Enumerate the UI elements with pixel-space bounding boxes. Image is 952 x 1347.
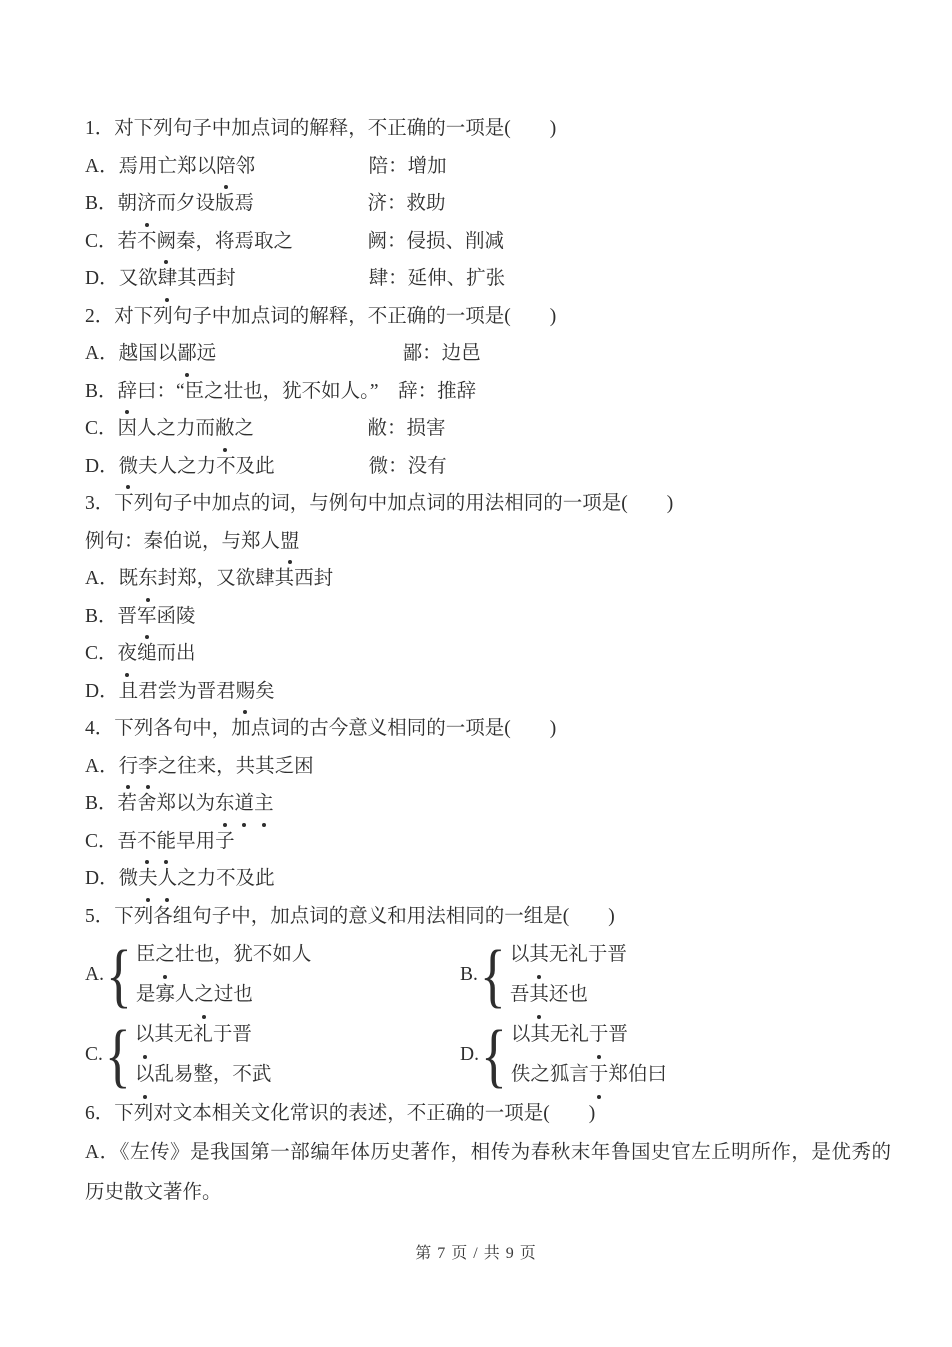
question-stem: 下列各组句子中，加点词的意义和用法相同的一组是( ): [114, 906, 615, 927]
text-run: 朝: [118, 193, 138, 214]
text-run: 若不: [118, 231, 157, 252]
question-block: 4．下列各句中，加点词的古今意义相同的一项是( )A．行李之往来，共其乏困B．若…: [85, 710, 892, 898]
option-row: A．行李之往来，共其乏困: [85, 748, 892, 786]
option-row: C．吾不能早用子: [85, 823, 892, 861]
option-gloss: 辞：推辞: [398, 381, 476, 402]
emphasized-char: 其: [529, 975, 549, 1015]
emphasized-char: 以: [135, 1055, 155, 1095]
option-label: A.: [85, 964, 104, 986]
emphasized-text: 于: [589, 1064, 609, 1085]
emphasized-char: 夫: [138, 860, 158, 898]
option-sentence: 佚之狐言于郑伯曰: [511, 1055, 667, 1095]
question-list: 1．对下列句子中加点词的解释，不正确的一项是( )A．焉用亡郑以陪邻陪：增加B．…: [85, 110, 892, 1213]
emphasized-text: 辞: [118, 381, 138, 402]
option-label: A．: [85, 756, 119, 777]
option-gloss: 济：救助: [368, 193, 446, 214]
option-pair-row: C.{以其无礼于晋以乱易整，不武D.{以其无礼于晋佚之狐言于郑伯曰: [85, 1015, 892, 1095]
question-number: 5．: [85, 906, 114, 927]
emphasized-char: 赐: [236, 673, 256, 711]
option-row: A．《左传》是我国第一部编年体历史著作，相传为春秋末年鲁国史官左丘明所作，是优秀…: [85, 1133, 891, 1173]
text-run: 过也: [214, 984, 253, 1005]
text-run: 臣: [136, 944, 156, 965]
emphasized-char: 以: [135, 1015, 155, 1055]
emphasized-char: 东: [215, 785, 235, 823]
option-row: B．晋军函陵: [85, 598, 892, 636]
question-stem-row: 4．下列各句中，加点词的古今意义相同的一项是( ): [85, 710, 892, 748]
option-sentence: 行李之往来，共其乏困: [119, 748, 314, 786]
option-text: 《左传》是我国第一部编年体历史著作，相传为春秋末年鲁国史官左丘明所作，是优秀的: [120, 1142, 891, 1163]
emphasized-char: 不: [137, 823, 157, 861]
emphasized-char: 行: [119, 748, 139, 786]
emphasized-text: 其: [529, 944, 549, 965]
text-run: 封郑，又欲肆其西封: [158, 568, 334, 589]
option-sentence: 因人之力而敝之: [118, 410, 368, 448]
option-label: A．: [85, 156, 119, 177]
emphasized-char: 之: [155, 935, 175, 975]
question-stem: 对下列句子中加点词的解释，不正确的一项是( ): [114, 118, 556, 139]
question-stem-row: 3．下列句子中加点的词，与例句中加点词的用法相同的一项是( ): [85, 485, 892, 523]
text-run: 曰：“臣之壮也，犹不如人。”: [137, 381, 398, 402]
option-sentence: 以其无礼于晋: [135, 1015, 272, 1055]
text-run: 因人之力而: [118, 418, 216, 439]
question-number: 2．: [85, 306, 114, 327]
option-sentence: 朝济而夕设版焉: [118, 185, 368, 223]
emphasized-text: 肆: [158, 268, 178, 289]
option-gloss: 鄙：边邑: [403, 343, 481, 364]
emphasized-text: 济: [137, 193, 157, 214]
emphasized-text: 盟: [280, 531, 300, 552]
text-run: 其无礼于晋: [154, 1024, 252, 1045]
emphasized-char: 陪: [216, 148, 236, 186]
option-sentence: 吾不能早用子: [118, 823, 235, 861]
text-run: 其西封: [177, 268, 236, 289]
option-row: B．若舍郑以为东道主: [85, 785, 892, 823]
question-stem-row: 5．下列各组句子中，加点词的意义和用法相同的一组是( ): [85, 898, 892, 936]
option-row: D．微夫人之力不及此微：没有: [85, 448, 892, 486]
text-run: 既: [119, 568, 139, 589]
page-number-text: 第 7 页 / 共 9 页: [415, 1245, 536, 1262]
option-gloss: 陪：增加: [369, 156, 447, 177]
curly-brace-glyph: {: [481, 1019, 507, 1090]
option-label: D．: [85, 456, 119, 477]
emphasized-text: 军: [137, 606, 157, 627]
question-stem-row: 1．对下列句子中加点词的解释，不正确的一项是( ): [85, 110, 892, 148]
option-row: D．且君尝为晋君赐矣: [85, 673, 892, 711]
option-row: B．朝济而夕设版焉济：救助: [85, 185, 892, 223]
question-number: 6．: [85, 1103, 114, 1124]
emphasized-text: 其: [529, 984, 549, 1005]
option-label: B．: [85, 793, 118, 814]
emphasized-char: 鄙: [177, 335, 197, 373]
example-sentence-row: 例句：秦伯说，与郑人盟: [85, 523, 892, 561]
emphasized-char: 于: [589, 1055, 609, 1095]
emphasized-char: 夜: [118, 635, 138, 673]
text-run: 函陵: [157, 606, 196, 627]
text-run: 又欲: [119, 268, 158, 289]
text-run: 之力不及此: [177, 868, 275, 889]
text-run: 微: [119, 868, 139, 889]
emphasized-char: 主: [254, 785, 274, 823]
text-run: 邻: [236, 156, 256, 177]
option-label: B．: [85, 193, 118, 214]
text-run: 郑伯曰: [608, 1064, 667, 1085]
emphasized-text: 敝: [215, 418, 235, 439]
emphasized-char: 东: [138, 560, 158, 598]
text-run: 佚之狐言: [511, 1064, 589, 1085]
emphasized-char: 李: [138, 748, 158, 786]
text-run: 例句：秦伯说，与郑人: [85, 531, 280, 552]
option-label: C．: [85, 831, 118, 852]
emphasized-text: 东道主: [215, 793, 274, 814]
option-pair-row: A.{臣之壮也，犹不如人是寡人之过也B.{以其无礼于晋吾其还也: [85, 935, 892, 1015]
question-block: 6．下列对文本相关文化常识的表述，不正确的一项是( )A．《左传》是我国第一部编…: [85, 1095, 892, 1213]
question-stem-row: 6．下列对文本相关文化常识的表述，不正确的一项是( ): [85, 1095, 892, 1133]
text-run: 吾: [510, 984, 530, 1005]
text-run: 壮也，犹不如人: [175, 944, 312, 965]
text-run: 晋: [118, 606, 138, 627]
question-block: 1．对下列句子中加点词的解释，不正确的一项是( )A．焉用亡郑以陪邻陪：增加B．…: [85, 110, 892, 298]
emphasized-char: 敝: [215, 410, 235, 448]
emphasized-char: 肆: [158, 260, 178, 298]
option-sentence: 晋军函陵: [118, 598, 196, 636]
option-label: C．: [85, 643, 118, 664]
option-label: B.: [460, 964, 478, 986]
emphasized-text: 以: [135, 1064, 155, 1085]
option-sentences: 以其无礼于晋以乱易整，不武: [135, 1015, 272, 1095]
option-row: A．既东封郑，又欲肆其西封: [85, 560, 892, 598]
text-run: 以: [510, 944, 530, 965]
option-sentence: 且君尝为晋君赐矣: [119, 673, 275, 711]
option-sentence: 以乱易整，不武: [135, 1055, 272, 1095]
option-sentence: 越国以鄙远: [119, 335, 403, 373]
option-row: A．焉用亡郑以陪邻陪：增加: [85, 148, 892, 186]
option-group: D.{以其无礼于晋佚之狐言于郑伯曰: [460, 1015, 667, 1095]
option-sentence: 既东封郑，又欲肆其西封: [119, 560, 334, 598]
emphasized-text: 鄙: [177, 343, 197, 364]
option-sentence: 是寡人之过也: [136, 975, 312, 1015]
option-row: A．越国以鄙远鄙：边邑: [85, 335, 892, 373]
option-sentence: 辞曰：“臣之壮也，犹不如人。”: [118, 373, 399, 411]
option-sentence: 吾其还也: [510, 975, 627, 1015]
emphasized-char: 微: [119, 448, 139, 486]
emphasized-text: 之: [155, 944, 175, 965]
page-footer: 第 7 页 / 共 9 页: [0, 1240, 952, 1263]
option-sentence: 若不阙秦，将焉取之: [118, 223, 368, 261]
question-stem: 对下列句子中加点词的解释，不正确的一项是( ): [114, 306, 556, 327]
text-run: 无礼于晋: [549, 944, 627, 965]
text-run: 早用子: [176, 831, 235, 852]
option-sentence: 焉用亡郑以陪邻: [119, 148, 369, 186]
option-gloss: 肆：延伸、扩张: [369, 268, 506, 289]
document-page: 1．对下列句子中加点词的解释，不正确的一项是( )A．焉用亡郑以陪邻陪：增加B．…: [0, 0, 952, 1347]
option-label: A．: [85, 343, 119, 364]
option-label: D．: [85, 681, 119, 702]
option-sentence: 微夫人之力不及此: [119, 448, 369, 486]
emphasized-text: 微: [119, 456, 139, 477]
emphasized-text: 行李: [119, 756, 158, 777]
option-row: C．若不阙秦，将焉取之阙：侵损、削减: [85, 223, 892, 261]
emphasized-char: 其: [529, 935, 549, 975]
option-sentence: 若舍郑以为东道主: [118, 785, 274, 823]
option-label: D．: [85, 268, 119, 289]
text-run: 矣: [255, 681, 275, 702]
emphasized-char: 能: [157, 823, 177, 861]
option-group: A.{臣之壮也，犹不如人是寡人之过也: [85, 935, 460, 1015]
emphasized-text: 陪: [216, 156, 236, 177]
question-block: 3．下列句子中加点的词，与例句中加点词的用法相同的一项是( )例句：秦伯说，与郑…: [85, 485, 892, 710]
question-stem-row: 2．对下列句子中加点词的解释，不正确的一项是( ): [85, 298, 892, 336]
emphasized-char: 盟: [280, 523, 300, 561]
option-sentence: 夜缒而出: [118, 635, 196, 673]
text-run: 秦，将焉取之: [176, 231, 293, 252]
option-label: C．: [85, 231, 118, 252]
option-row: D．微夫人之力不及此: [85, 860, 892, 898]
emphasized-text: 夫人: [138, 868, 177, 889]
text-run: 之往来，共其乏困: [158, 756, 314, 777]
question-stem: 下列对文本相关文化常识的表述，不正确的一项是( ): [114, 1103, 595, 1124]
text-run: 之: [235, 418, 255, 439]
option-gloss: 阙：侵损、削减: [368, 231, 505, 252]
option-label: B．: [85, 606, 118, 627]
option-row: C．因人之力而敝之敝：损害: [85, 410, 892, 448]
question-block: 5．下列各组句子中，加点词的意义和用法相同的一组是( )A.{臣之壮也，犹不如人…: [85, 898, 892, 1096]
emphasized-text: 于: [589, 1024, 609, 1045]
emphasized-text: 之: [194, 984, 214, 1005]
text-run: 晋: [608, 1024, 628, 1045]
option-sentences: 臣之壮也，犹不如人是寡人之过也: [136, 935, 312, 1015]
option-gloss: 微：没有: [369, 456, 447, 477]
question-number: 1．: [85, 118, 114, 139]
option-group: B.{以其无礼于晋吾其还也: [460, 935, 627, 1015]
text-run: 若舍郑以为: [118, 793, 216, 814]
question-number: 3．: [85, 493, 114, 514]
option-sentence: 微夫人之力不及此: [119, 860, 275, 898]
emphasized-text: 夜: [118, 643, 138, 664]
text-run: 吾: [118, 831, 138, 852]
emphasized-text: 阙: [157, 231, 177, 252]
text-run: 夫人之力不及此: [138, 456, 275, 477]
text-run: 是寡人: [136, 984, 195, 1005]
option-label: A．: [85, 568, 119, 589]
emphasized-char: 济: [137, 185, 157, 223]
question-number: 4．: [85, 718, 114, 739]
emphasized-char: 军: [137, 598, 157, 636]
option-sentence: 臣之壮也，犹不如人: [136, 935, 312, 975]
emphasized-char: 之: [194, 975, 214, 1015]
emphasized-char: 阙: [157, 223, 177, 261]
question-stem: 下列各句中，加点词的古今意义相同的一项是( ): [114, 718, 556, 739]
option-sentences: 以其无礼于晋吾其还也: [510, 935, 627, 1015]
text-run: 乱易整，不武: [154, 1064, 271, 1085]
emphasized-char: 辞: [118, 373, 138, 411]
emphasized-char: 道: [235, 785, 255, 823]
emphasized-text: 赐: [236, 681, 256, 702]
option-group: C.{以其无礼于晋以乱易整，不武: [85, 1015, 460, 1095]
option-row: D．又欲肆其西封肆：延伸、扩张: [85, 260, 892, 298]
emphasized-text: 东: [138, 568, 158, 589]
curly-brace-glyph: {: [105, 1019, 131, 1090]
question-block: 2．对下列句子中加点词的解释，不正确的一项是( )A．越国以鄙远鄙：边邑B．辞曰…: [85, 298, 892, 486]
text-run: 而夕设版焉: [157, 193, 255, 214]
option-label: D．: [85, 868, 119, 889]
option-gloss: 敝：损害: [368, 418, 446, 439]
option-label: D.: [460, 1044, 479, 1066]
text-run: 越国以: [119, 343, 178, 364]
text-run: 以其无礼: [511, 1024, 589, 1045]
option-label: C.: [85, 1044, 103, 1066]
text-run: 且君尝为晋君: [119, 681, 236, 702]
text-run: 远: [197, 343, 217, 364]
emphasized-char: 人: [158, 860, 178, 898]
option-label: B．: [85, 381, 118, 402]
emphasized-text: 不能: [137, 831, 176, 852]
curly-brace-glyph: {: [106, 939, 132, 1010]
option-sentences: 以其无礼于晋佚之狐言于郑伯曰: [511, 1015, 667, 1095]
option-sentence: 又欲肆其西封: [119, 260, 369, 298]
option-text: 历史散文著作。: [85, 1182, 222, 1203]
option-label: A．: [85, 1142, 120, 1163]
emphasized-char: 于: [589, 1015, 609, 1055]
text-run: 还也: [549, 984, 588, 1005]
curly-brace-glyph: {: [480, 939, 506, 1010]
emphasized-text: 以: [135, 1024, 155, 1045]
question-stem: 下列句子中加点的词，与例句中加点词的用法相同的一项是( ): [114, 493, 673, 514]
text-run: 缒而出: [137, 643, 196, 664]
option-row: B．辞曰：“臣之壮也，犹不如人。” 辞：推辞: [85, 373, 892, 411]
text-run: 焉用亡郑以: [119, 156, 217, 177]
option-row-continued: 历史散文著作。: [85, 1173, 892, 1213]
option-sentence: 以其无礼于晋: [510, 935, 627, 975]
option-label: C．: [85, 418, 118, 439]
option-sentence: 以其无礼于晋: [511, 1015, 667, 1055]
option-row: C．夜缒而出: [85, 635, 892, 673]
